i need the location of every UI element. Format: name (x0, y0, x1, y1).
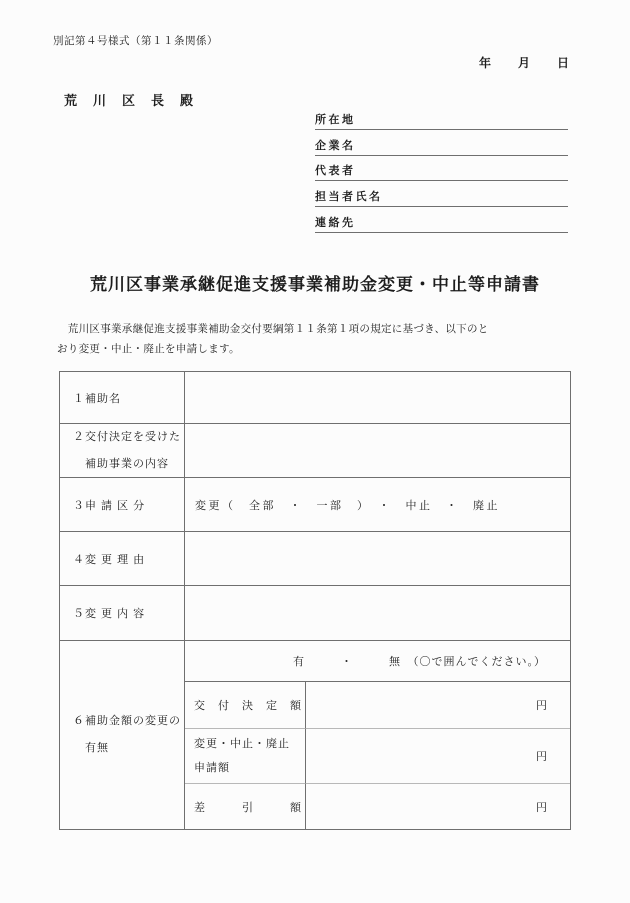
row6-availability-choice: 有 ・ 無 （〇で囲んでください。） (185, 641, 570, 682)
form-number: 別記第４号様式（第１１条関係） (53, 33, 218, 48)
field-company-name: 企業名 (315, 138, 568, 156)
row2-label-line2: 補助事業の内容 (73, 451, 169, 478)
row3-value-category-options: 変更（ 全部 ・ 一部 ） ・ 中止 ・ 廃止 (185, 478, 570, 532)
row6-label-line1: ６補助金額の変更の (73, 708, 181, 735)
amount-row-requested-label-line2: 申請額 (194, 756, 230, 780)
row2-label-line1: ２交付決定を受けた (73, 424, 181, 451)
intro-line-2: おり変更・中止・廃止を申請します。 (57, 339, 489, 359)
field-company-name-label: 企業名 (315, 137, 356, 153)
field-contact-person: 担当者氏名 (315, 189, 568, 207)
row3-label-application-category: ３申 請 区 分 (60, 478, 185, 532)
field-representative: 代表者 (315, 163, 568, 181)
document-page: 別記第４号様式（第１１条関係） 年 月 日 荒 川 区 長 殿 所在地 企業名 … (0, 0, 630, 903)
amount-row-grant-decision-value: 円 (306, 682, 570, 729)
field-location-label: 所在地 (315, 111, 356, 127)
application-table: １補助名 ２交付決定を受けた 補助事業の内容 ３申 請 区 分 変更（ 全部 ・… (59, 371, 571, 830)
row1-label-subsidy-name: １補助名 (60, 372, 185, 424)
intro-line-1: 荒川区事業承継促進支援事業補助金交付要綱第１１条第１項の規定に基づき、以下のと (57, 319, 489, 339)
row5-label-change-details: ５変 更 内 容 (60, 586, 185, 641)
amount-row-difference-value: 円 (306, 784, 570, 829)
row1-value-cell (185, 372, 570, 424)
date-line: 年 月 日 (479, 54, 570, 71)
field-contact-person-label: 担当者氏名 (315, 188, 383, 204)
amount-row-requested-value: 円 (306, 729, 570, 784)
page-title: 荒川区事業承継促進支援事業補助金変更・中止等申請書 (0, 270, 630, 295)
field-location: 所在地 (315, 112, 568, 130)
row6-label-amount-change: ６補助金額の変更の 有無 (60, 641, 185, 829)
amount-row-requested-label: 変更・中止・廃止 申請額 (185, 729, 306, 784)
row4-value-cell (185, 532, 570, 586)
field-representative-label: 代表者 (315, 162, 356, 178)
field-contact-info: 連絡先 (315, 215, 568, 233)
row4-label-change-reason: ４変 更 理 由 (60, 532, 185, 586)
row2-value-cell (185, 424, 570, 478)
yen-unit: 円 (536, 697, 548, 713)
intro-paragraph: 荒川区事業承継促進支援事業補助金交付要綱第１１条第１項の規定に基づき、以下のと … (57, 319, 489, 359)
field-contact-info-label: 連絡先 (315, 214, 356, 230)
row6-label-line2: 有無 (73, 735, 109, 762)
amount-row-difference-label: 差 引 額 (185, 784, 306, 829)
yen-unit: 円 (536, 799, 548, 815)
row5-value-cell (185, 586, 570, 641)
amount-row-grant-decision-label: 交 付 決 定 額 (185, 682, 306, 729)
amount-row-requested-label-line1: 変更・中止・廃止 (194, 732, 290, 756)
yen-unit: 円 (536, 748, 548, 764)
addressee-arakawa-mayor: 荒 川 区 長 殿 (64, 90, 195, 109)
row2-label-granted-project: ２交付決定を受けた 補助事業の内容 (60, 424, 185, 478)
